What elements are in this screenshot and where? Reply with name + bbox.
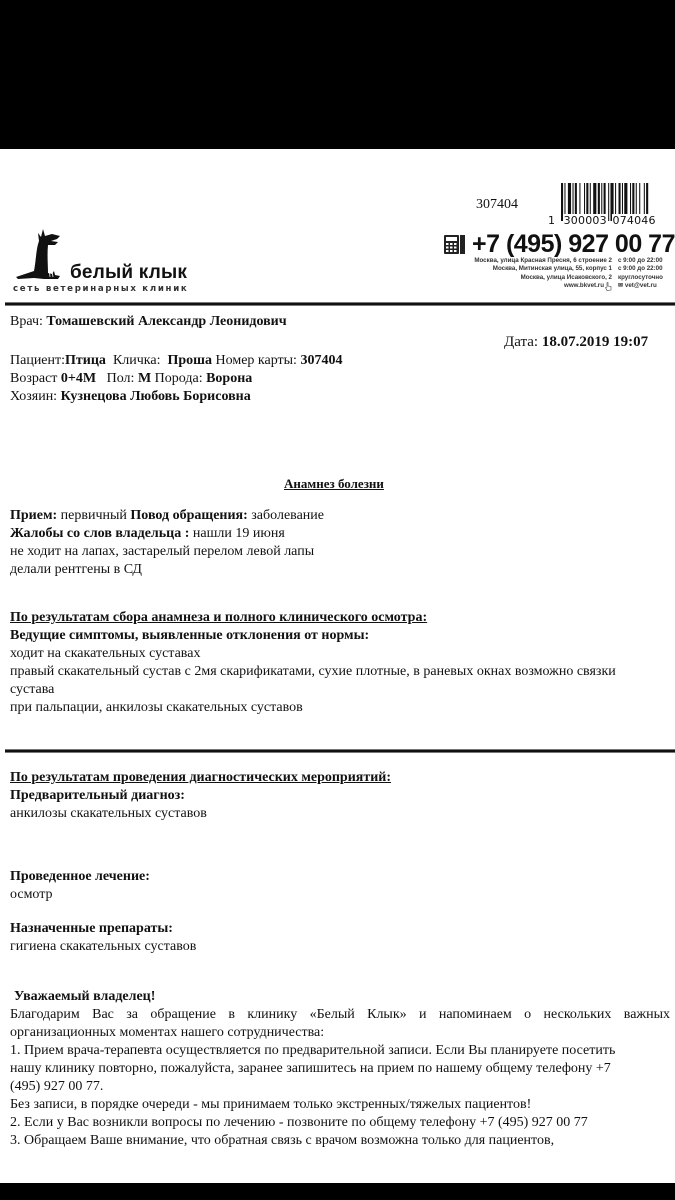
header-divider xyxy=(5,302,675,306)
owner-line: Хозяин: Кузнецова Любовь Борисовна xyxy=(10,388,342,406)
complaints-value: нашли 19 июня xyxy=(193,526,285,541)
breed-value: Ворона xyxy=(206,371,252,386)
diagnosis-label: Предварительный диагноз: xyxy=(10,787,391,805)
doctor-label: Врач: xyxy=(10,314,43,329)
symptom-line: сустава xyxy=(10,681,616,699)
note-item1-line: (495) 927 00 77. xyxy=(10,1078,670,1096)
dog-logo-icon xyxy=(14,227,66,283)
reception-label: Прием: xyxy=(10,508,57,523)
clinic-addresses: Москва, улица Красная Пресня, 6 строение… xyxy=(441,257,673,291)
address-hours: с 9:00 до 22:00 xyxy=(618,265,673,273)
examination-block: По результатам сбора анамнеза и полного … xyxy=(10,609,616,717)
phone-number[interactable]: +7 (495) 927 00 77 xyxy=(472,230,675,259)
logo-tagline: сеть ветеринарных клиник xyxy=(13,284,188,294)
sex-label: Пол: xyxy=(107,371,135,386)
reception-value: первичный xyxy=(61,508,127,523)
reason-value: заболевание xyxy=(251,508,324,523)
note-item3: 3. Обращаем Ваше внимание, что обратная … xyxy=(10,1132,670,1150)
drugs-label: Назначенные препараты: xyxy=(10,920,196,938)
note-item1-line: 1. Прием врача-терапевта осуществляется … xyxy=(10,1042,670,1060)
complaints-line: Жалобы со слов владельца : нашли 19 июня xyxy=(10,525,324,543)
top-black-band xyxy=(0,0,675,149)
examination-title: По результатам сбора анамнеза и полного … xyxy=(10,609,616,627)
email-link[interactable]: vet@vet.ru xyxy=(625,282,657,289)
drugs-block: Назначенные препараты: гигиена скакатель… xyxy=(10,920,196,956)
patient-label: Пациент: xyxy=(10,353,65,368)
note-greeting: Уважаемый владелец! xyxy=(10,988,670,1006)
mail-icon: ✉ xyxy=(618,282,625,289)
address-text: Москва, улица Красная Пресня, 6 строение… xyxy=(474,257,612,265)
card-value: 307404 xyxy=(300,353,342,368)
logo-name: белый клык xyxy=(70,262,187,284)
section-divider xyxy=(5,749,675,753)
address-hours: круглосуточно xyxy=(618,274,673,282)
patient-line: Пациент:Птица Кличка: Проша Номер карты:… xyxy=(10,352,342,370)
anamnesis-line: делали рентгены в СД xyxy=(10,561,324,579)
sex-value: М xyxy=(138,371,151,386)
barcode-lead: 1 xyxy=(548,214,555,227)
address-text: Москва, улица Исаковского, 2 xyxy=(521,274,612,282)
website-link[interactable]: www.bkvet.ru xyxy=(564,282,604,291)
hand-cursor-icon xyxy=(605,282,612,291)
anamnesis-block: Прием: первичный Повод обращения: заболе… xyxy=(10,507,324,579)
owner-value: Кузнецова Любовь Борисовна xyxy=(61,389,251,404)
diagnostics-block: По результатам проведения диагностически… xyxy=(10,769,391,823)
drugs-value: гигиена скакательных суставов xyxy=(10,938,196,956)
bottom-black-band xyxy=(0,1183,675,1200)
complaints-label: Жалобы со слов владельца : xyxy=(10,526,189,541)
calculator-phone-icon xyxy=(444,235,465,254)
symptoms-subtitle: Ведущие симптомы, выявленные отклонения … xyxy=(10,627,616,645)
address-text: Москва, Митинская улица, 55, корпус 1 xyxy=(493,265,612,273)
card-number-top: 307404 xyxy=(476,196,518,214)
nickname-value: Проша xyxy=(168,353,213,368)
phone-line: +7 (495) 927 00 77 xyxy=(444,230,675,259)
age-label: Возраст xyxy=(10,371,57,386)
patient-info: Пациент:Птица Кличка: Проша Номер карты:… xyxy=(10,352,342,406)
reception-line: Прием: первичный Повод обращения: заболе… xyxy=(10,507,324,525)
age-line: Возраст 0+4М Пол: М Порода: Ворона xyxy=(10,370,342,388)
anamnesis-line: не ходит на лапах, застарелый перелом ле… xyxy=(10,543,324,561)
address-row: Москва, Митинская улица, 55, корпус 1 с … xyxy=(441,265,673,273)
card-label: Номер карты: xyxy=(216,353,297,368)
barcode-digits: 1 300003 074046 xyxy=(548,214,675,227)
doctor-line: Врач: Томашевский Александр Леонидович xyxy=(10,313,287,331)
address-hours: с 9:00 до 22:00 xyxy=(618,257,673,265)
barcode-group2: 074046 xyxy=(612,214,657,227)
owner-note: Уважаемый владелец! Благодарим Вас за об… xyxy=(10,988,670,1150)
address-row: Москва, улица Исаковского, 2 круглосуточ… xyxy=(441,274,673,282)
symptom-line: при пальпации, анкилозы скакательных сус… xyxy=(10,699,616,717)
reason-label: Повод обращения: xyxy=(130,508,247,523)
age-value: 0+4М xyxy=(61,371,96,386)
breed-label: Порода: xyxy=(155,371,203,386)
date-value: 18.07.2019 19:07 xyxy=(542,334,648,350)
visit-date: Дата: 18.07.2019 19:07 xyxy=(504,333,648,351)
note-intro-line: организационных моментах нашего сотрудни… xyxy=(10,1024,670,1042)
doctor-name: Томашевский Александр Леонидович xyxy=(46,314,286,329)
patient-value: Птица xyxy=(65,353,106,368)
diagnostics-title: По результатам проведения диагностически… xyxy=(10,769,391,787)
note-intro-line: Благодарим Вас за обращение в клинику «Б… xyxy=(10,1006,670,1024)
treatment-value: осмотр xyxy=(10,886,150,904)
date-label: Дата: xyxy=(504,334,538,350)
symptom-line: правый скакательный сустав с 2мя скарифи… xyxy=(10,663,616,681)
note-item2: 2. Если у Вас возникли вопросы по лечени… xyxy=(10,1114,670,1132)
note-item1-line: нашу клинику повторно, пожалуйста, заран… xyxy=(10,1060,670,1078)
treatment-label: Проведенное лечение: xyxy=(10,868,150,886)
note-walkin-line: Без записи, в порядке очереди - мы прини… xyxy=(10,1096,670,1114)
anamnesis-title: Анамнез болезни xyxy=(284,475,384,493)
symptom-line: ходит на скакательных суставах xyxy=(10,645,616,663)
contact-row: www.bkvet.ru ✉ vet@vet.ru xyxy=(441,282,673,291)
address-row: Москва, улица Красная Пресня, 6 строение… xyxy=(441,257,673,265)
treatment-block: Проведенное лечение: осмотр xyxy=(10,868,150,904)
diagnosis-value: анкилозы скакательных суставов xyxy=(10,805,391,823)
nickname-label: Кличка: xyxy=(113,353,161,368)
barcode-group1: 300003 xyxy=(563,214,608,227)
owner-label: Хозяин: xyxy=(10,389,57,404)
email-row: ✉ vet@vet.ru xyxy=(618,282,673,291)
